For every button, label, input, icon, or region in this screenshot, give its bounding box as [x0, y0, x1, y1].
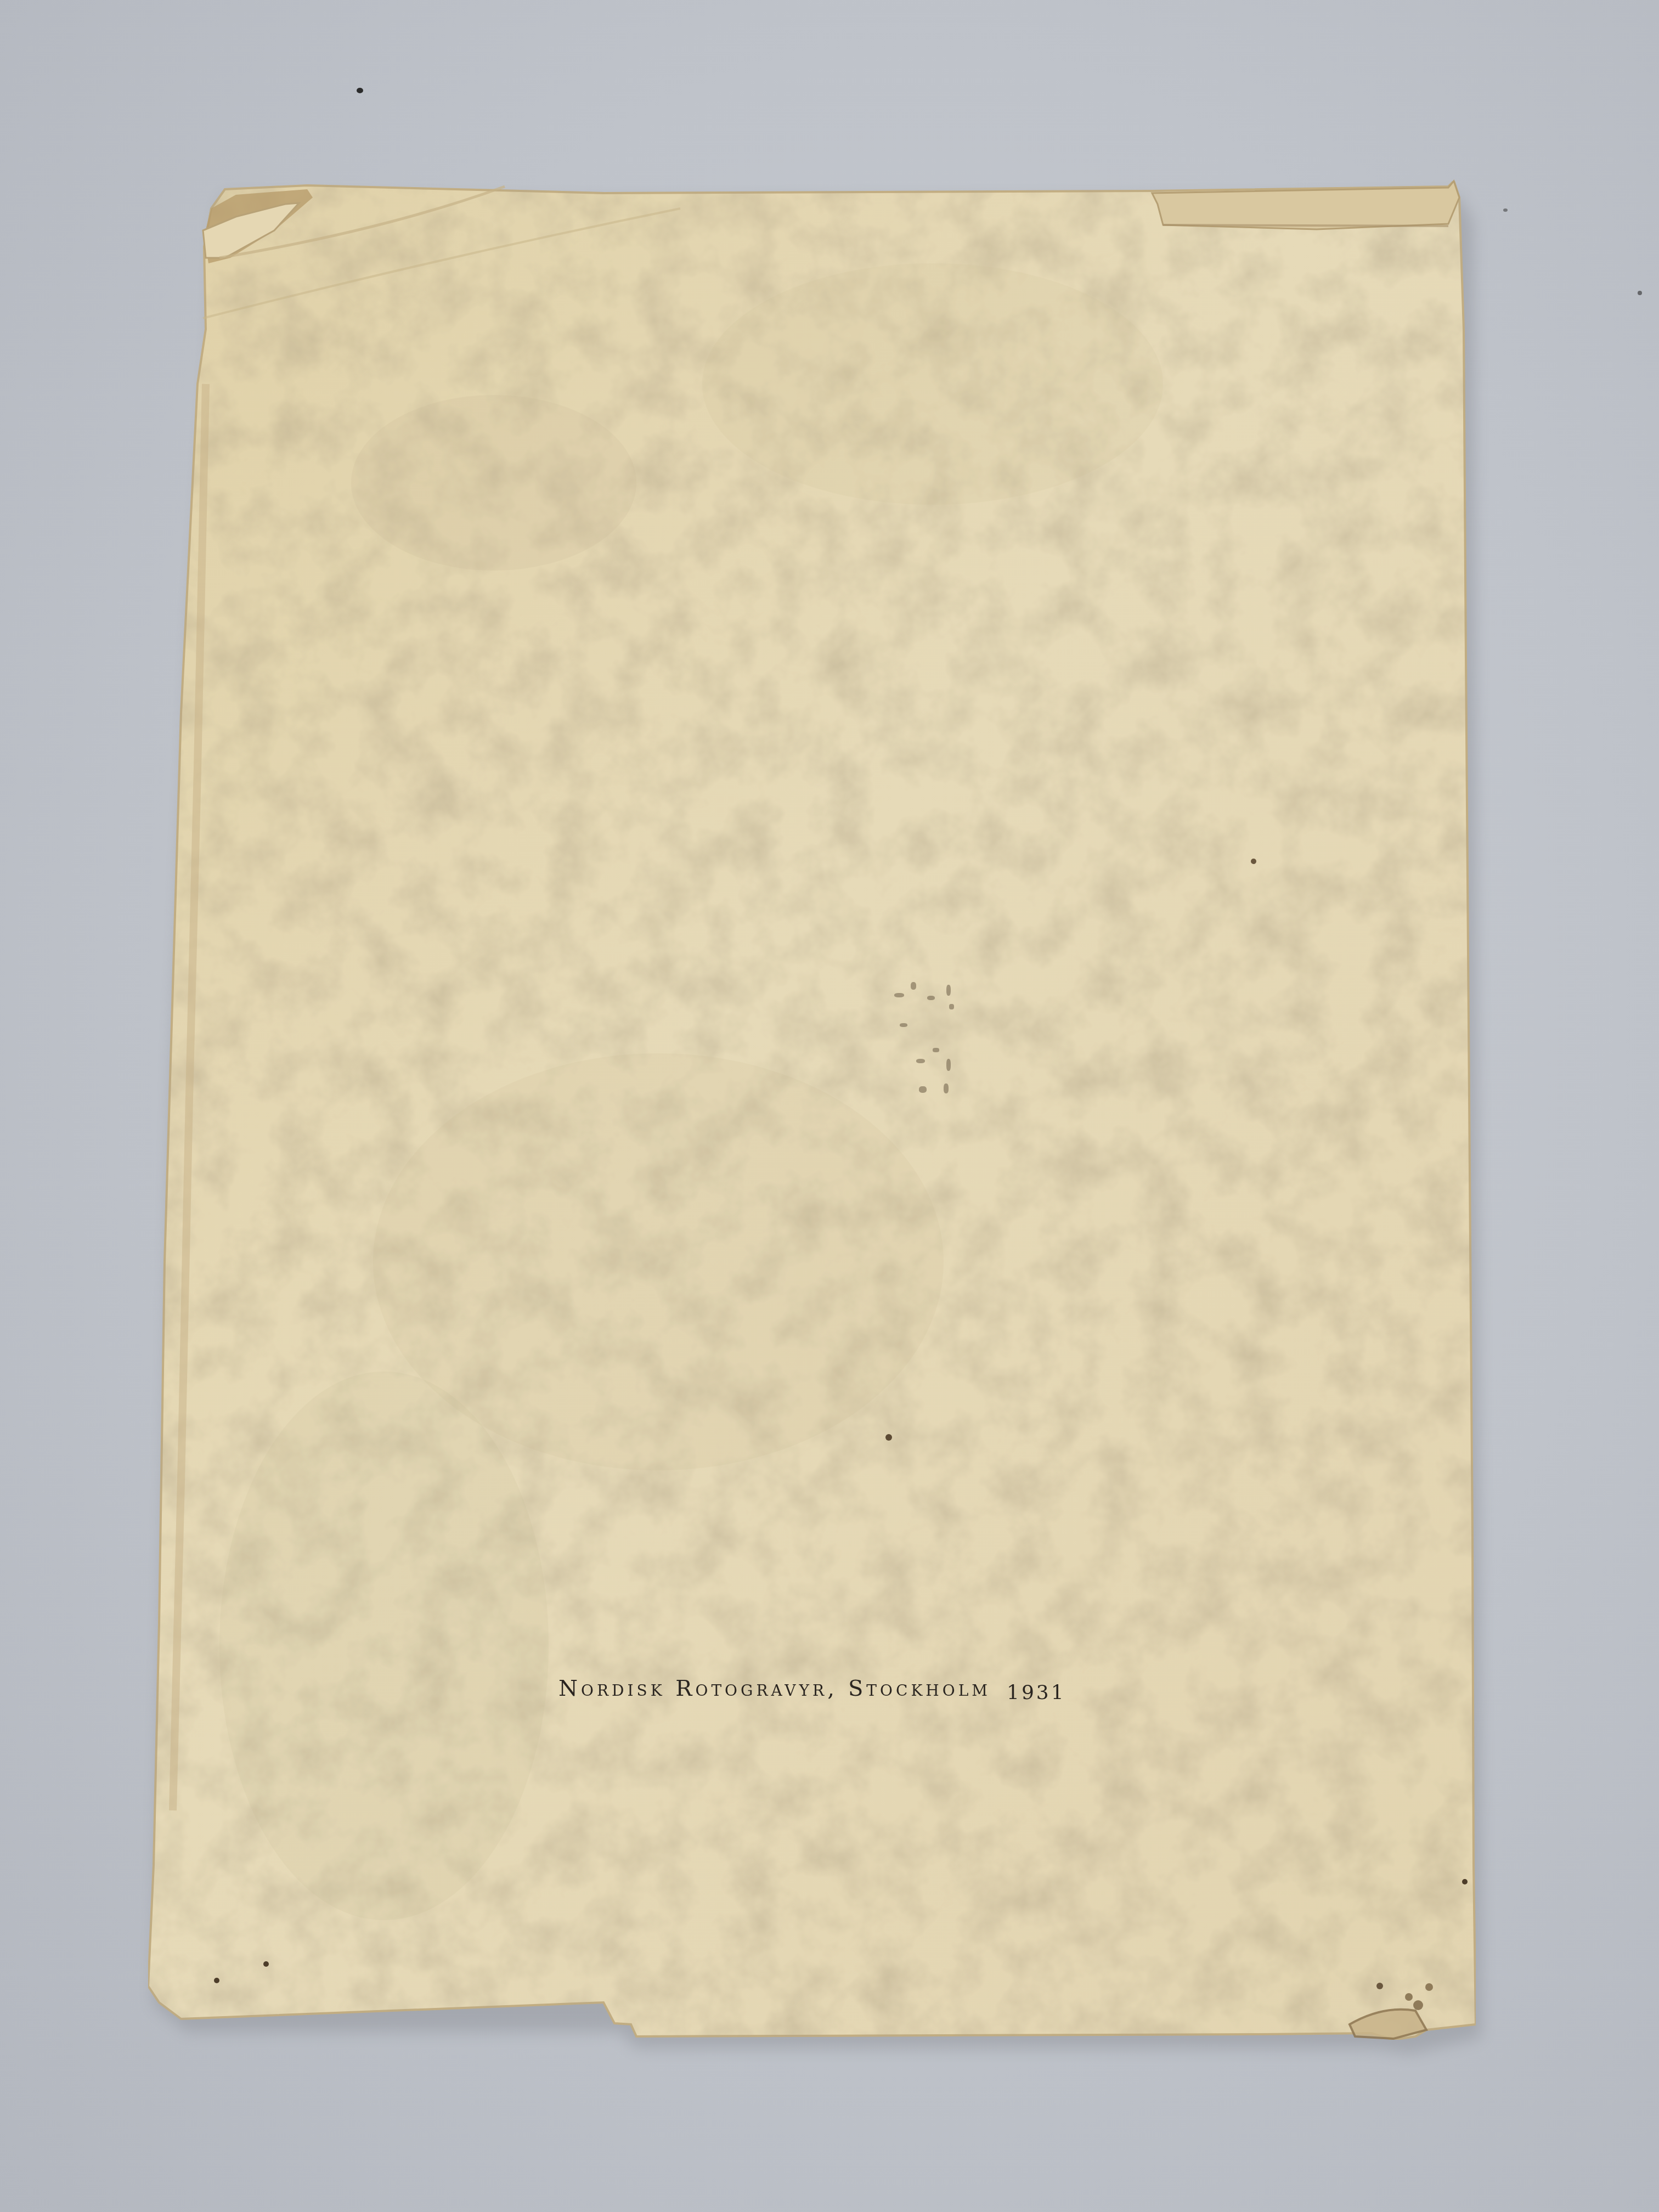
imprint-publisher: Nordisk Rotogravyr, [558, 1676, 838, 1701]
publisher-imprint: Nordisk Rotogravyr, Stockholm 1931 [558, 1678, 1140, 1700]
imprint-city: Stockholm [848, 1676, 991, 1701]
imprint-year: 1931 [1007, 1681, 1066, 1704]
paper-sheet [0, 0, 1659, 2212]
bleed-through-marks [883, 977, 977, 1075]
